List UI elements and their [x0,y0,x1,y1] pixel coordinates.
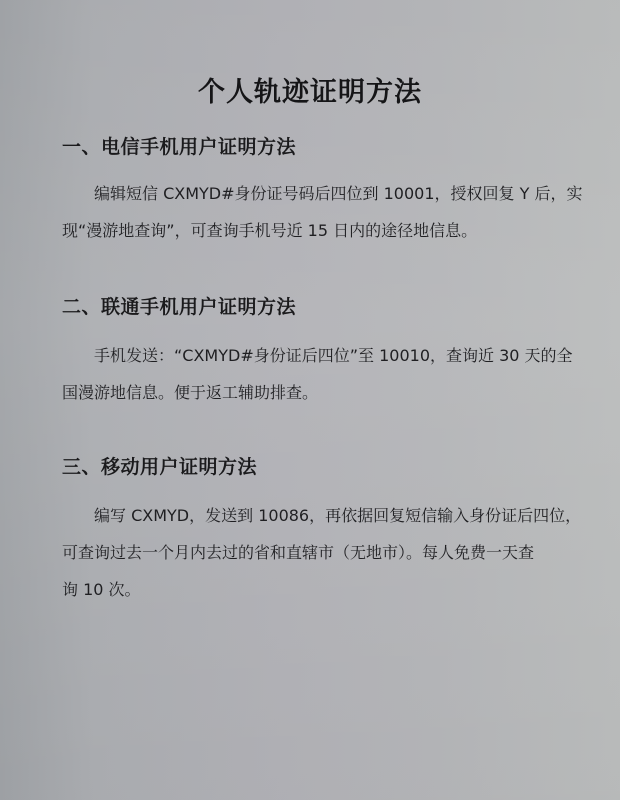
section-heading-unicom: 二、联通手机用户证明方法 [62,292,296,319]
body-line: 编辑短信 CXMYD#身份证号码后四位到 10001，授权回复 Y 后，实 [62,175,562,212]
body-line: 编写 CXMYD，发送到 10086，再依据回复短信输入身份证后四位， [62,497,562,534]
document-page: 个人轨迹证明方法 一、电信手机用户证明方法 编辑短信 CXMYD#身份证号码后四… [0,0,620,800]
section-body-mobile: 编写 CXMYD，发送到 10086，再依据回复短信输入身份证后四位， 可查询过… [62,497,562,608]
body-line: 现“漫游地查询”，可查询手机号近 15 日内的途径地信息。 [62,212,562,249]
body-line: 可查询过去一个月内去过的省和直辖市（无地市）。每人免费一天查 [62,534,562,571]
body-line: 手机发送：“CXMYD#身份证后四位”至 10010，查询近 30 天的全 [62,337,562,374]
body-line: 询 10 次。 [62,571,562,608]
document-title: 个人轨迹证明方法 [0,70,620,109]
body-line: 国漫游地信息。便于返工辅助排查。 [62,374,562,411]
section-heading-telecom: 一、电信手机用户证明方法 [62,132,296,159]
section-body-unicom: 手机发送：“CXMYD#身份证后四位”至 10010，查询近 30 天的全 国漫… [62,337,562,411]
section-body-telecom: 编辑短信 CXMYD#身份证号码后四位到 10001，授权回复 Y 后，实 现“… [62,175,562,249]
section-heading-mobile: 三、移动用户证明方法 [62,452,257,479]
